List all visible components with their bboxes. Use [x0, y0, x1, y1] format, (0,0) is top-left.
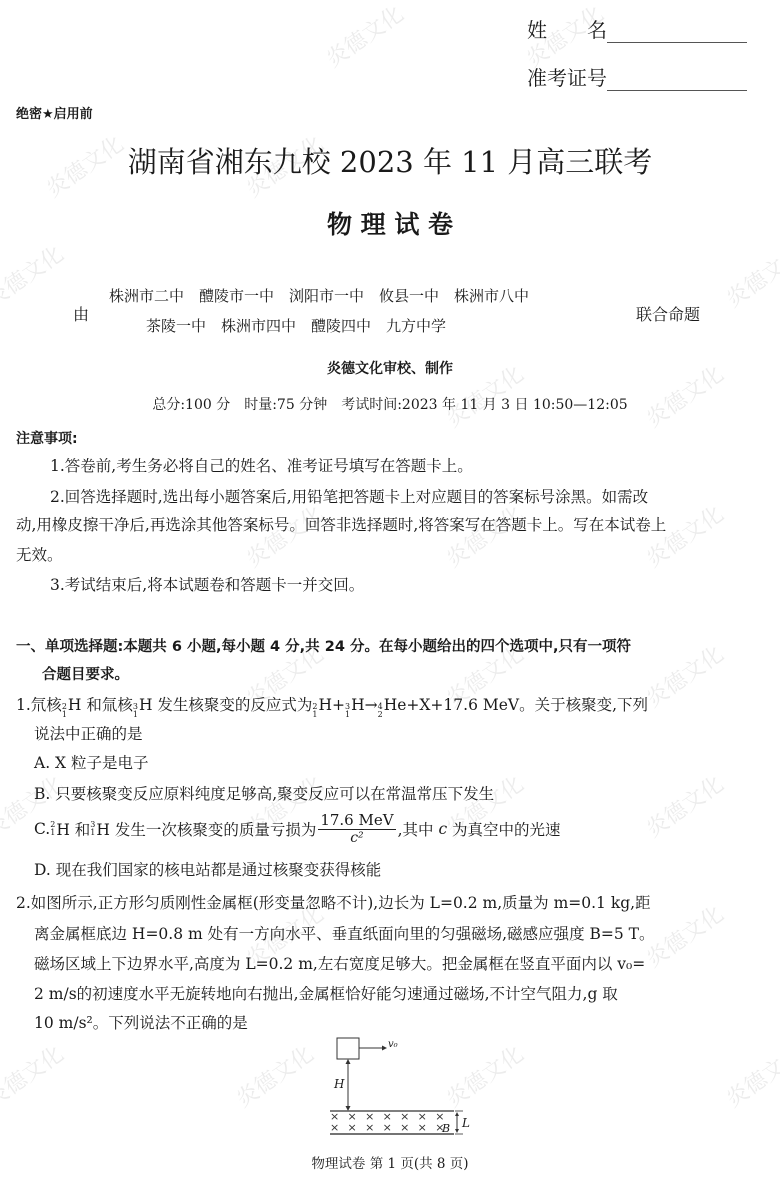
option-label: C. [34, 820, 50, 838]
exam-info: 总分:100 分 时量:75 分钟 考试时间:2023 年 11 月 3 日 1… [0, 398, 780, 412]
page-footer: 物理试卷 第 1 页(共 8 页) [0, 1152, 780, 1172]
id-field: 准考证号 [527, 62, 747, 91]
watermark: 炎德文化 [639, 498, 729, 574]
question-2-stem-cont: 10 m/s²。下列说法不正确的是 [34, 1016, 248, 1032]
schools-suffix: 联合命题 [636, 302, 700, 325]
note-item-2-end: 无效。 [16, 548, 63, 564]
isotope-notation: 31 [90, 821, 95, 837]
note-item-3: 3.考试结束后,将本试题卷和答题卡一并交回。 [50, 578, 364, 594]
option-text: H 和 [56, 818, 90, 840]
option-a[interactable]: A. X 粒子是电子 [34, 756, 149, 772]
watermark: 炎德文化 [719, 1038, 780, 1114]
field-row-2: ××××××× [330, 1121, 453, 1134]
id-blank[interactable] [607, 71, 747, 91]
h-label: H [334, 1077, 344, 1091]
note-item-2: 2.回答选择题时,选出每小题答案后,用铅笔把答题卡上对应题目的答案标号涂黑。如需… [50, 490, 648, 506]
variable: c [438, 820, 447, 838]
question-2-stem-cont: 离金属框底边 H=0.8 m 处有一方向水平、垂直纸面向里的匀强磁场,磁感应强度… [34, 927, 655, 943]
stem-text: H→ [351, 696, 378, 714]
stem-text: He+X+17.6 MeV。关于核聚变,下列 [384, 696, 648, 714]
name-field: 姓 名 [527, 14, 747, 43]
isotope-notation: 42 [378, 703, 383, 719]
option-c[interactable]: C. 21 H 和 31 H 发生一次核聚变的质量亏损为 17.6 MeVc² … [34, 812, 561, 846]
note-item-1: 1.答卷前,考生务必将自己的姓名、准考证号填写在答题卡上。 [50, 459, 473, 475]
id-label: 准考证号 [527, 66, 607, 90]
stem-text: H 发生核聚变的反应式为 [139, 696, 312, 714]
section-heading-cont: 合题目要求。 [42, 668, 129, 683]
name-label: 姓 名 [527, 18, 607, 42]
watermark: 炎德文化 [639, 638, 729, 714]
section-heading: 一、单项选择题:本题共 6 小题,每小题 4 分,共 24 分。在每小题给出的四… [16, 640, 631, 655]
question-number: 1. [16, 696, 31, 714]
stem-text: 氘核 [31, 696, 62, 714]
question-1-stem: 1.氘核21H 和氚核31H 发生核聚变的反应式为21H+31H→42He+X+… [16, 698, 648, 719]
question-2-stem: 2.如图所示,正方形匀质刚性金属框(形变量忽略不计),边长为 L=0.2 m,质… [16, 896, 651, 912]
exam-title: 湖南省湘东九校 2023 年 11 月高三联考 [0, 140, 780, 181]
question-1-stem-cont: 说法中正确的是 [34, 727, 143, 743]
schools-row-2: 茶陵一中 株洲市四中 醴陵四中 九方中学 [146, 319, 446, 334]
option-text: ,其中 [398, 818, 439, 840]
note-item-2-cont: 动,用橡皮擦干净后,再选涂其他答案标号。回答非选择题时,将答案写在答题卡上。写在… [16, 518, 666, 534]
watermark: 炎德文化 [719, 238, 780, 314]
isotope-notation: 21 [312, 703, 317, 719]
notes-heading: 注意事项: [16, 428, 78, 448]
option-d[interactable]: D. 现在我们国家的核电站都是通过核聚变获得核能 [34, 863, 381, 879]
l-label: L [462, 1116, 470, 1130]
fraction: 17.6 MeVc² [318, 812, 395, 846]
confidential-label: 绝密★启用前 [16, 103, 93, 122]
stem-text: H 和氚核 [68, 696, 133, 714]
watermark: 炎德文化 [229, 1038, 319, 1114]
option-text: H 发生一次核聚变的质量亏损为 [96, 818, 316, 840]
name-blank[interactable] [607, 23, 747, 43]
option-text: 为真空中的光速 [447, 818, 560, 840]
schools-prefix: 由 [73, 302, 89, 325]
stem-text: H+ [319, 696, 346, 714]
subject-title: 物 理 试 卷 [0, 205, 780, 241]
producer-label: 炎德文化审校、制作 [0, 358, 780, 378]
watermark: 炎德文化 [639, 768, 729, 844]
watermark: 炎德文化 [239, 498, 329, 574]
v0-label: v₀ [388, 1039, 398, 1050]
question-2-stem-cont: 磁场区域上下边界水平,高度为 L=0.2 m,左右宽度足够大。把金属框在竖直平面… [34, 957, 645, 973]
watermark: 炎德文化 [0, 1038, 69, 1114]
option-b[interactable]: B. 只要核聚变反应原料纯度足够高,聚变反应可以在常温常压下发生 [34, 787, 494, 803]
isotope-notation: 31 [345, 703, 350, 719]
isotope-notation: 21 [50, 821, 55, 837]
physics-figure: v₀ H L B ××××××× ××××××× [330, 1037, 470, 1137]
isotope-notation: 21 [62, 703, 67, 719]
schools-row-1: 株洲市二中 醴陵市一中 浏阳市一中 攸县一中 株洲市八中 [109, 289, 529, 304]
watermark: 炎德文化 [439, 498, 529, 574]
watermark: 炎德文化 [0, 238, 69, 314]
isotope-notation: 31 [133, 703, 138, 719]
question-2-stem-cont: 2 m/s的初速度水平无旋转地向右抛出,金属框恰好能匀速通过磁场,不计空气阻力,… [34, 987, 618, 1003]
watermark: 炎德文化 [319, 0, 409, 73]
